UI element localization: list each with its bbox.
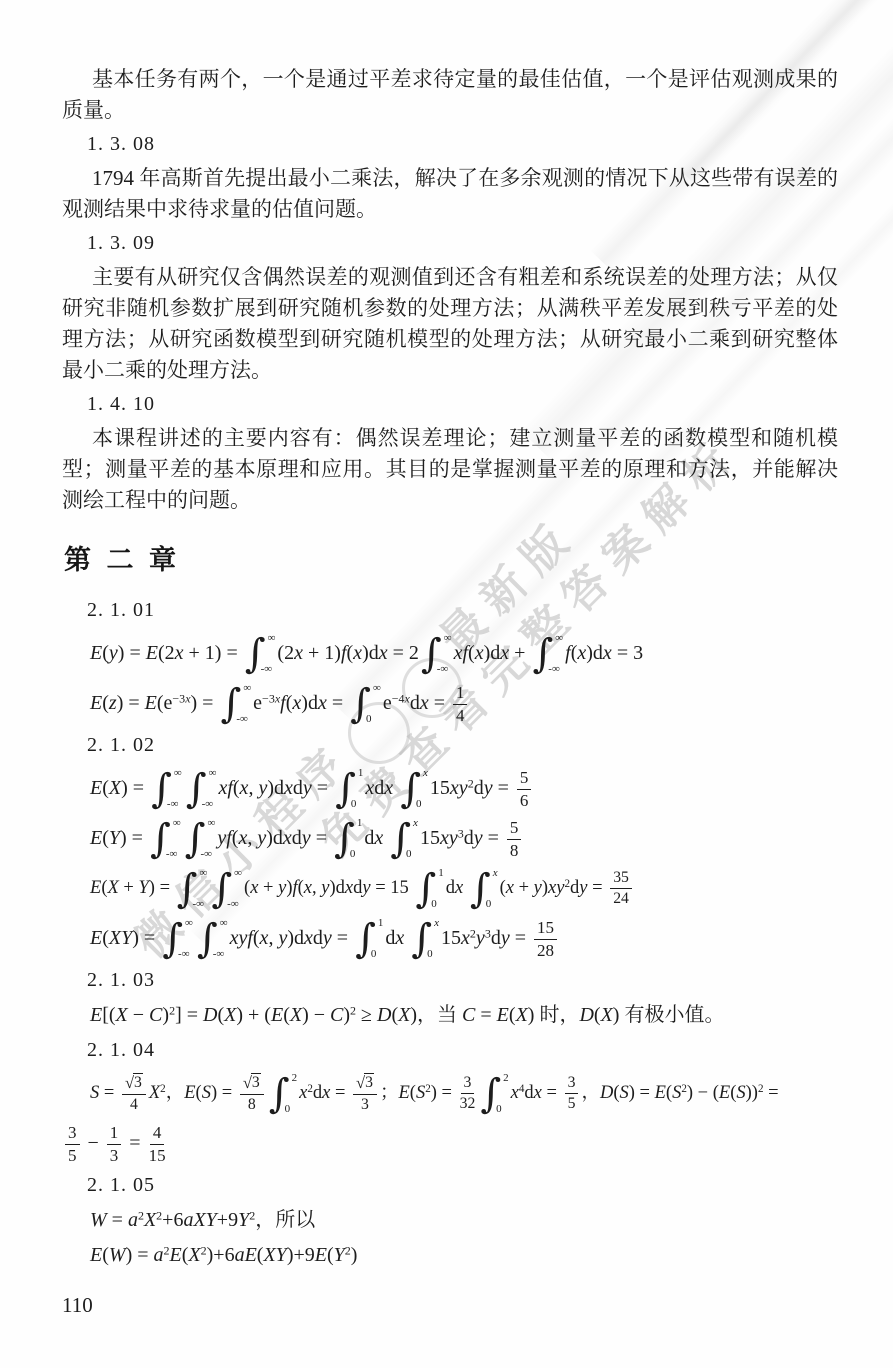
- problem-label: 1. 3. 08: [87, 129, 838, 160]
- formula-line: 35 − 13 = 415: [62, 1120, 838, 1166]
- paragraph: 1794 年高斯首先提出最小二乘法，解决了在多余观测的情况下从这些带有误差的观测…: [62, 163, 838, 225]
- paragraph: 主要有从研究仅含偶然误差的观测值到还含有粗差和系统误差的处理方法；从仅研究非随机…: [62, 262, 838, 386]
- formula-line: E[(X − C)2] = D(X) + (E(X) − C)2 ≥ D(X)，…: [90, 1000, 838, 1031]
- problem-label: 1. 4. 10: [87, 389, 838, 420]
- formula-line: E(y) = E(2x + 1) = ∫∞-∞(2x + 1)f(x)dx = …: [90, 630, 838, 676]
- chapter-heading: 第 二 章: [64, 538, 838, 577]
- problem-label: 2. 1. 03: [87, 965, 838, 996]
- formula-line: E(X) = ∫∞-∞∫∞-∞xf(x, y)dxdy = ∫10xdx ∫x0…: [90, 765, 838, 811]
- paragraph: 本课程讲述的主要内容有：偶然误差理论；建立测量平差的函数模型和随机模型；测量平差…: [62, 423, 838, 516]
- problem-label: 2. 1. 01: [87, 595, 838, 626]
- formula-line: E(XY) = ∫∞-∞∫∞-∞xyf(x, y)dxdy = ∫10dx ∫x…: [90, 915, 838, 961]
- page-body: 基本任务有两个，一个是通过平差求待定量的最佳估值，一个是评估观测成果的质量。1.…: [0, 0, 893, 1271]
- problem-label: 2. 1. 04: [87, 1035, 838, 1066]
- formula-line: W = a2X2+6aXY+9Y2，所以: [90, 1205, 838, 1236]
- scanned-document-page: 微信小程序 最新版 免费查看完整答案解析 基本任务有两个，一个是通过平差求待定量…: [0, 0, 893, 1368]
- page-number: 110: [62, 1293, 93, 1318]
- formula-line: E(W) = a2E(X2)+6aE(XY)+9E(Y2): [90, 1240, 838, 1271]
- formula-line: E(X + Y) = ∫∞-∞∫∞-∞(x + y)f(x, y)dxdy = …: [90, 865, 838, 911]
- problem-label: 1. 3. 09: [87, 228, 838, 259]
- problem-label: 2. 1. 05: [87, 1170, 838, 1201]
- formula-line: S = √34X2，E(S) = √38∫20x2dx = √33；E(S2) …: [90, 1070, 838, 1116]
- formula-line: E(z) = E(e−3x) = ∫∞-∞e−3xf(x)dx = ∫∞0e−4…: [90, 680, 838, 726]
- problem-label: 2. 1. 02: [87, 730, 838, 761]
- formula-line: E(Y) = ∫∞-∞∫∞-∞yf(x, y)dxdy = ∫10dx ∫x01…: [90, 815, 838, 861]
- paragraph: 基本任务有两个，一个是通过平差求待定量的最佳估值，一个是评估观测成果的质量。: [62, 64, 838, 126]
